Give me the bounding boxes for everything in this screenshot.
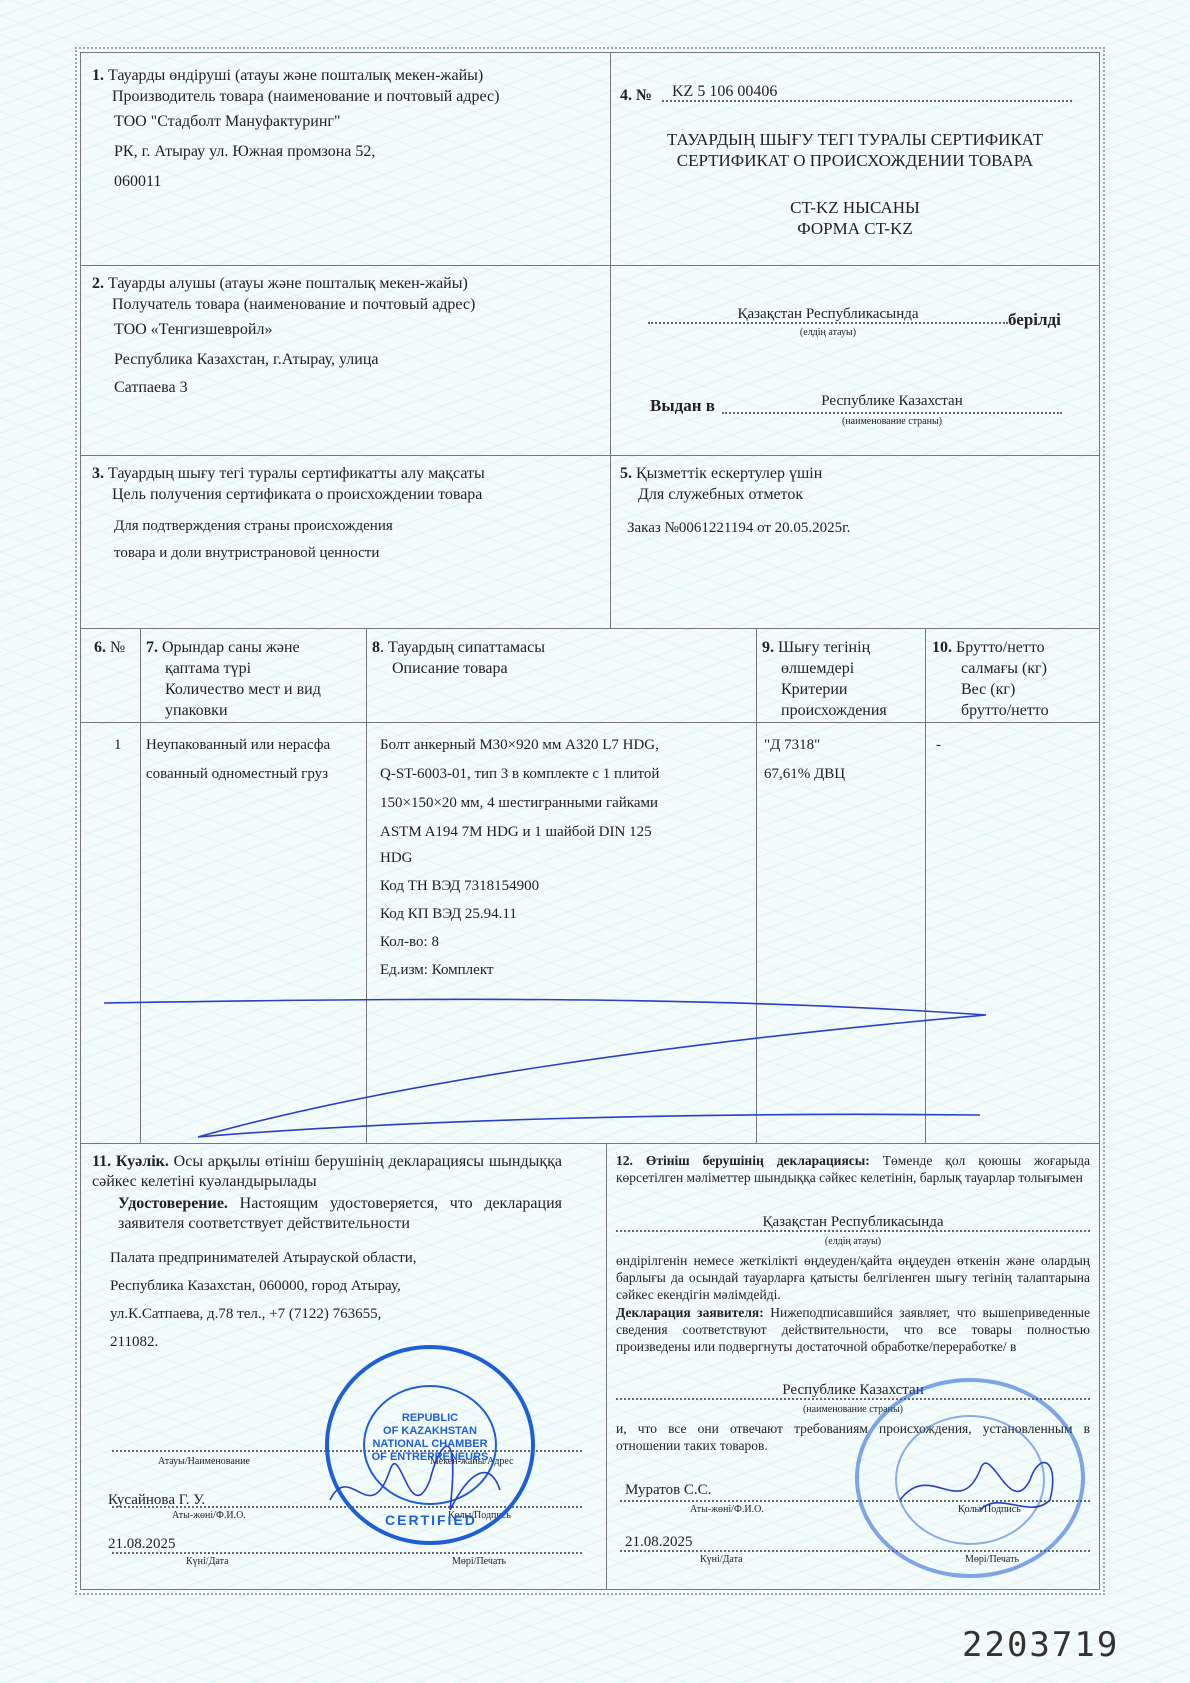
org-line: Республика Казахстан, 060000, город Атыр… bbox=[110, 1276, 401, 1296]
dotted-line bbox=[616, 1230, 1090, 1232]
serial-number: 2203719 bbox=[962, 1625, 1119, 1665]
org-line: 211082. bbox=[110, 1332, 158, 1352]
caption-date: Күні/Дата bbox=[186, 1556, 229, 1568]
signature bbox=[310, 1400, 530, 1550]
caption-date: Күні/Дата bbox=[700, 1554, 743, 1566]
caption: (елдің атауы) bbox=[616, 1236, 1090, 1248]
org-line: Палата предпринимателей Атырауской облас… bbox=[110, 1248, 417, 1268]
declaration-date: 21.08.2025 bbox=[625, 1532, 693, 1552]
dotted-line bbox=[112, 1552, 582, 1554]
org-line: ул.К.Сатпаева, д.78 тел., +7 (7122) 7636… bbox=[110, 1304, 381, 1324]
title-kz: Куәлік. bbox=[116, 1153, 169, 1170]
certification-date: 21.08.2025 bbox=[108, 1534, 176, 1554]
caption-seal: Мөрі/Печать bbox=[452, 1556, 506, 1568]
title-kz: 12. Өтініш берушінің декларациясы: bbox=[616, 1153, 870, 1168]
text-kz-2: өндірілгенін немесе жеткілікті өңдеуден/… bbox=[616, 1252, 1090, 1303]
title-ru: Декларация заявителя: bbox=[616, 1305, 764, 1320]
applicant-name: Муратов С.С. bbox=[625, 1480, 711, 1500]
caption-fio: Аты-жөні/Ф.И.О. bbox=[690, 1504, 764, 1516]
declaration-country-kz: Қазақстан Республикасында bbox=[616, 1212, 1090, 1232]
signature bbox=[880, 1420, 1080, 1530]
box-number: 11. bbox=[92, 1153, 111, 1170]
caption-name: Атауы/Наименование bbox=[158, 1456, 250, 1468]
title-ru: Удостоверение. bbox=[118, 1195, 228, 1212]
caption-fio: Аты-жөні/Ф.И.О. bbox=[172, 1510, 246, 1522]
